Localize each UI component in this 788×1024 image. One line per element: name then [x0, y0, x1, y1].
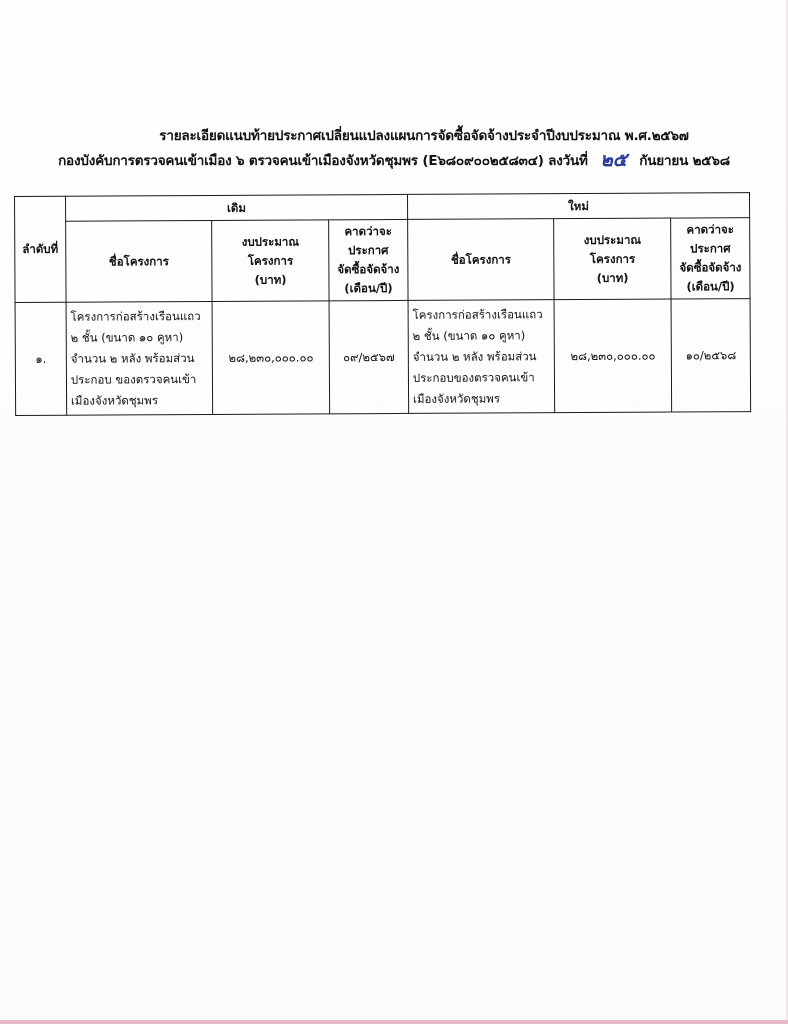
- header-new-date-l1: คาดว่าจะ: [675, 220, 745, 239]
- header-new-budget-l1: งบประมาณ: [558, 230, 666, 250]
- header-seq: ลำดับที่: [15, 196, 66, 302]
- row-old-project-name: โครงการก่อสร้างเรือนแถว ๒ ชั้น (ขนาด ๑๐ …: [66, 301, 213, 415]
- header-group-old: เดิม: [65, 194, 407, 221]
- header-old-budget: งบประมาณ โครงการ (บาท): [212, 220, 329, 302]
- row-old-budget: ๒๘,๒๓๐,๐๐๐.๐๐: [212, 301, 329, 415]
- table-row: ๑. โครงการก่อสร้างเรือนแถว ๒ ชั้น (ขนาด …: [15, 299, 751, 416]
- row-old-date: ๐๙/๒๕๖๗: [329, 300, 408, 413]
- header-group-new: ใหม่: [407, 193, 749, 220]
- header-new-date-l3: จัดซื้อจัดจ้าง: [675, 258, 745, 277]
- row-new-date: ๑๐/๒๕๖๘: [671, 299, 750, 412]
- handwritten-day: ๒๕: [600, 149, 627, 171]
- header-old-date-l1: คาดว่าจะ: [333, 222, 403, 241]
- subtitle-suffix: กันยายน ๒๕๖๘: [639, 153, 730, 169]
- document-title: รายละเอียดแนบท้ายประกาศเปลี่ยนแปลงแผนการ…: [0, 124, 788, 148]
- header-old-budget-l2: โครงการ: [217, 251, 325, 271]
- header-new-name: ชื่อโครงการ: [408, 219, 555, 301]
- header-old-budget-l3: (บาท): [217, 270, 325, 290]
- header-old-budget-l1: งบประมาณ: [216, 232, 324, 252]
- header-new-date-l2: ประกาศ: [675, 239, 745, 258]
- header-old-date-l4: (เดือน/ปี): [334, 279, 404, 298]
- header-old-date-l3: จัดซื้อจัดจ้าง: [333, 260, 403, 279]
- header-new-date-l4: (เดือน/ปี): [676, 277, 746, 296]
- header-old-name: ชื่อโครงการ: [66, 220, 213, 302]
- header-new-budget: งบประมาณ โครงการ (บาท): [554, 218, 671, 300]
- row-new-project-name: โครงการก่อสร้างเรือนแถว ๒ ชั้น (ขนาด ๑๐ …: [408, 300, 555, 414]
- document-header: รายละเอียดแนบท้ายประกาศเปลี่ยนแปลงแผนการ…: [0, 124, 788, 173]
- procurement-plan-table: ลำดับที่ เดิม ใหม่ ชื่อโครงการ งบประมาณ …: [14, 192, 751, 416]
- header-new-budget-l3: (บาท): [559, 268, 667, 288]
- header-new-date: คาดว่าจะ ประกาศ จัดซื้อจัดจ้าง (เดือน/ปี…: [671, 218, 750, 299]
- row-new-budget: ๒๘,๒๓๐,๐๐๐.๐๐: [554, 299, 671, 413]
- header-new-budget-l2: โครงการ: [559, 249, 667, 269]
- document-subtitle: กองบังคับการตรวจคนเข้าเมือง ๖ ตรวจคนเข้า…: [0, 148, 788, 173]
- scanned-page: รายละเอียดแนบท้ายประกาศเปลี่ยนแปลงแผนการ…: [0, 0, 788, 1024]
- header-old-date-l2: ประกาศ: [333, 241, 403, 260]
- row-seq: ๑.: [15, 302, 66, 415]
- scan-edge-bottom: [0, 1020, 788, 1024]
- header-old-date: คาดว่าจะ ประกาศ จัดซื้อจัดจ้าง (เดือน/ปี…: [329, 219, 408, 300]
- subtitle-prefix: กองบังคับการตรวจคนเข้าเมือง ๖ ตรวจคนเข้า…: [58, 153, 588, 169]
